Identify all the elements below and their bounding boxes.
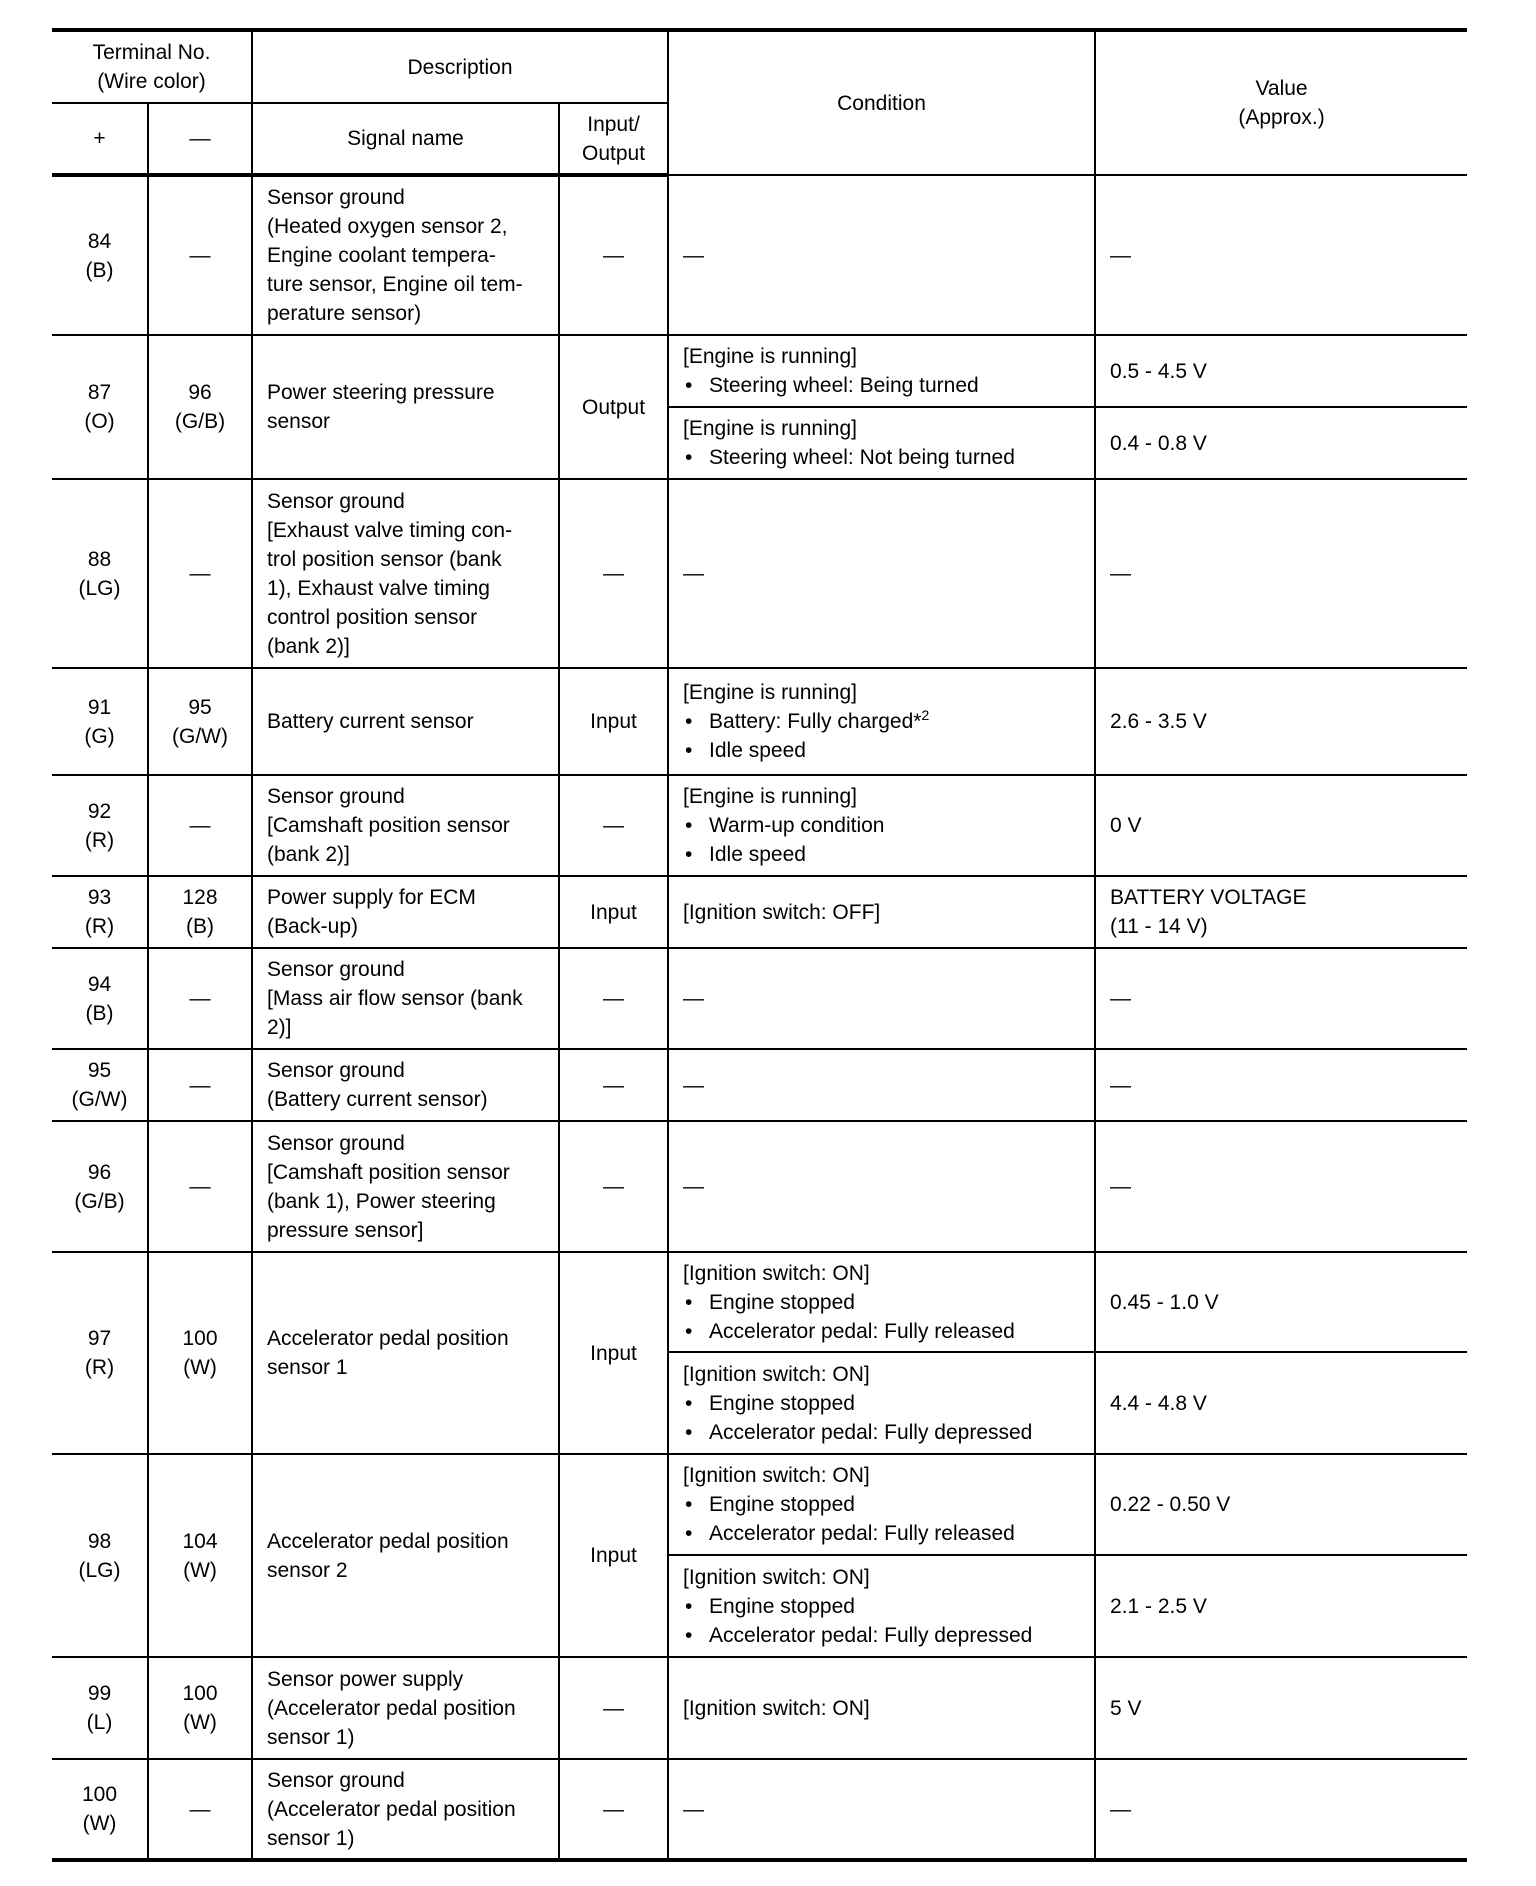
signal-name-line: (Heated oxygen sensor 2,: [267, 212, 544, 241]
signal-name-line: Power steering pressure: [267, 378, 544, 407]
terminal-minus-wire-color: (G/B): [153, 407, 247, 436]
signal-name: Sensor ground(Accelerator pedal position…: [252, 1759, 559, 1860]
value-line: 0.4 - 0.8 V: [1110, 429, 1453, 458]
header-condition: Condition: [668, 30, 1095, 175]
value-line: (11 - 14 V): [1110, 912, 1453, 941]
signal-name-line: Sensor ground: [267, 782, 544, 811]
input-output: —: [559, 1759, 668, 1860]
terminal-minus-wire-color: (B): [153, 912, 247, 941]
condition-header: [Engine is running]: [683, 342, 1080, 371]
terminal-minus: 100(W): [148, 1252, 252, 1454]
condition: [Engine is running]Steering wheel: Not b…: [668, 407, 1095, 479]
terminal-plus: 91(G): [52, 668, 148, 775]
signal-name-line: [Camshaft position sensor: [267, 1158, 544, 1187]
terminal-minus-number: 95: [153, 693, 247, 722]
input-output: —: [559, 1049, 668, 1121]
condition-bullet: Engine stopped: [683, 1389, 1080, 1418]
value-line: —: [1110, 1172, 1453, 1201]
terminal-plus-number: 97: [56, 1324, 143, 1353]
condition-bullet: Engine stopped: [683, 1592, 1080, 1621]
signal-name-line: (bank 1), Power steering: [267, 1187, 544, 1216]
terminal-minus-wire-color: (W): [153, 1708, 247, 1737]
condition-header: [Ignition switch: ON]: [683, 1461, 1080, 1490]
signal-name: Sensor ground[Mass air flow sensor (bank…: [252, 948, 559, 1049]
value: —: [1095, 1121, 1467, 1252]
header-value: Value (Approx.): [1095, 30, 1467, 175]
terminal-minus-wire-color: (G/W): [153, 722, 247, 751]
terminal-plus-wire-color: (R): [56, 826, 143, 855]
terminal-plus-wire-color: (G): [56, 722, 143, 751]
terminal-plus: 87(O): [52, 335, 148, 479]
signal-name-line: ture sensor, Engine oil tem-: [267, 270, 544, 299]
table-row: 88(LG)—Sensor ground[Exhaust valve timin…: [52, 479, 1467, 668]
terminal-minus-number: 100: [153, 1324, 247, 1353]
terminal-minus-number: 96: [153, 378, 247, 407]
terminal-plus-wire-color: (G/W): [56, 1085, 143, 1114]
value-line: —: [1110, 1795, 1453, 1824]
terminal-plus: 100(W): [52, 1759, 148, 1860]
terminal-plus-number: 95: [56, 1056, 143, 1085]
condition: [Ignition switch: OFF]: [668, 876, 1095, 948]
terminal-plus-wire-color: (R): [56, 1353, 143, 1382]
header-io-line1: Input/: [564, 110, 663, 139]
condition-bullet: Accelerator pedal: Fully released: [683, 1317, 1080, 1346]
table-row: 98(LG)104(W)Accelerator pedal positionse…: [52, 1454, 1467, 1555]
signal-name-line: sensor 1): [267, 1723, 544, 1752]
value: 0.22 - 0.50 V: [1095, 1454, 1467, 1555]
terminal-plus-number: 99: [56, 1679, 143, 1708]
terminal-minus-number: —: [153, 241, 247, 270]
terminal-plus-number: 94: [56, 970, 143, 999]
terminal-plus: 84(B): [52, 175, 148, 335]
terminal-plus-wire-color: (LG): [56, 574, 143, 603]
signal-name-line: Engine coolant tempera-: [267, 241, 544, 270]
header-plus: +: [52, 103, 148, 175]
condition-bullet: Idle speed: [683, 840, 1080, 869]
terminal-minus-number: 128: [153, 883, 247, 912]
terminal-plus: 88(LG): [52, 479, 148, 668]
terminal-plus-number: 92: [56, 797, 143, 826]
signal-name-line: (bank 2)]: [267, 632, 544, 661]
table-row: 95(G/W)—Sensor ground(Battery current se…: [52, 1049, 1467, 1121]
table-row: 84(B)—Sensor ground(Heated oxygen sensor…: [52, 175, 1467, 335]
terminal-minus: 104(W): [148, 1454, 252, 1657]
terminal-plus-wire-color: (W): [56, 1809, 143, 1838]
header-io-line2: Output: [564, 139, 663, 168]
condition-header: [Ignition switch: ON]: [683, 1360, 1080, 1389]
condition-header: [Engine is running]: [683, 414, 1080, 443]
condition: [Ignition switch: ON]: [668, 1657, 1095, 1759]
terminal-plus: 99(L): [52, 1657, 148, 1759]
signal-name: Sensor ground[Camshaft position sensor(b…: [252, 1121, 559, 1252]
signal-name-line: Power supply for ECM: [267, 883, 544, 912]
terminal-plus: 96(G/B): [52, 1121, 148, 1252]
table-body: 84(B)—Sensor ground(Heated oxygen sensor…: [52, 175, 1467, 1860]
value: 0.4 - 0.8 V: [1095, 407, 1467, 479]
signal-name-line: pressure sensor]: [267, 1216, 544, 1245]
value-line: 0.5 - 4.5 V: [1110, 357, 1453, 386]
condition-bullet: Battery: Fully charged*2: [683, 707, 1080, 736]
header-description: Description: [252, 30, 668, 103]
terminal-plus-wire-color: (O): [56, 407, 143, 436]
value-line: 2.6 - 3.5 V: [1110, 707, 1453, 736]
signal-name-line: 1), Exhaust valve timing: [267, 574, 544, 603]
terminal-minus-number: 104: [153, 1527, 247, 1556]
terminal-plus: 93(R): [52, 876, 148, 948]
input-output: Input: [559, 1454, 668, 1657]
signal-name-line: (Battery current sensor): [267, 1085, 544, 1114]
value-line: 5 V: [1110, 1694, 1453, 1723]
signal-name: Sensor ground[Exhaust valve timing con-t…: [252, 479, 559, 668]
signal-name-line: Sensor ground: [267, 955, 544, 984]
signal-name-line: Sensor power supply: [267, 1665, 544, 1694]
input-output: —: [559, 948, 668, 1049]
terminal-minus: —: [148, 775, 252, 876]
signal-name-line: Accelerator pedal position: [267, 1527, 544, 1556]
signal-name-line: Battery current sensor: [267, 707, 544, 736]
signal-name-line: perature sensor): [267, 299, 544, 328]
terminal-plus-number: 96: [56, 1158, 143, 1187]
value-line: 0 V: [1110, 811, 1453, 840]
condition-header: [Ignition switch: OFF]: [683, 898, 1080, 927]
terminal-minus-number: —: [153, 559, 247, 588]
table-row: 97(R)100(W)Accelerator pedal positionsen…: [52, 1252, 1467, 1352]
terminal-plus: 97(R): [52, 1252, 148, 1454]
header-input-output: Input/ Output: [559, 103, 668, 175]
signal-name: Sensor ground[Camshaft position sensor(b…: [252, 775, 559, 876]
terminal-minus-wire-color: (W): [153, 1353, 247, 1382]
terminal-plus: 95(G/W): [52, 1049, 148, 1121]
condition-header: —: [683, 241, 1080, 270]
condition: [Engine is running]Steering wheel: Being…: [668, 335, 1095, 407]
input-output: —: [559, 175, 668, 335]
condition: —: [668, 1759, 1095, 1860]
value: 0 V: [1095, 775, 1467, 876]
signal-name-line: Sensor ground: [267, 183, 544, 212]
signal-name-line: Sensor ground: [267, 487, 544, 516]
signal-name-line: sensor 1): [267, 1824, 544, 1853]
terminal-minus-number: —: [153, 1795, 247, 1824]
value: —: [1095, 948, 1467, 1049]
terminal-plus-number: 98: [56, 1527, 143, 1556]
input-output: —: [559, 479, 668, 668]
signal-name: Accelerator pedal positionsensor 2: [252, 1454, 559, 1657]
table-row: 91(G)95(G/W)Battery current sensorInput[…: [52, 668, 1467, 775]
value: —: [1095, 1759, 1467, 1860]
condition-bullet: Accelerator pedal: Fully depressed: [683, 1418, 1080, 1447]
value-line: —: [1110, 559, 1453, 588]
terminal-minus-number: 100: [153, 1679, 247, 1708]
signal-name: Accelerator pedal positionsensor 1: [252, 1252, 559, 1454]
terminal-plus: 92(R): [52, 775, 148, 876]
value: 0.45 - 1.0 V: [1095, 1252, 1467, 1352]
table-row: 94(B)—Sensor ground[Mass air flow sensor…: [52, 948, 1467, 1049]
signal-name-line: control position sensor: [267, 603, 544, 632]
condition: —: [668, 948, 1095, 1049]
value: 4.4 - 4.8 V: [1095, 1352, 1467, 1454]
condition-header: —: [683, 1071, 1080, 1100]
header-terminal-no: Terminal No. (Wire color): [52, 30, 252, 103]
condition-header: [Ignition switch: ON]: [683, 1563, 1080, 1592]
value: —: [1095, 175, 1467, 335]
terminal-plus-number: 91: [56, 693, 143, 722]
terminal-minus: —: [148, 1759, 252, 1860]
signal-name-line: (bank 2)]: [267, 840, 544, 869]
value: 2.1 - 2.5 V: [1095, 1555, 1467, 1657]
condition-bullet: Steering wheel: Not being turned: [683, 443, 1080, 472]
terminal-plus-wire-color: (L): [56, 1708, 143, 1737]
terminal-plus-wire-color: (B): [56, 999, 143, 1028]
value: BATTERY VOLTAGE(11 - 14 V): [1095, 876, 1467, 948]
signal-name: Sensor ground(Heated oxygen sensor 2,Eng…: [252, 175, 559, 335]
signal-name: Power supply for ECM(Back-up): [252, 876, 559, 948]
value-line: —: [1110, 241, 1453, 270]
signal-name-line: Sensor ground: [267, 1766, 544, 1795]
terminal-minus: —: [148, 1121, 252, 1252]
signal-name-line: [Exhaust valve timing con-: [267, 516, 544, 545]
signal-name: Battery current sensor: [252, 668, 559, 775]
condition: [Engine is running]Battery: Fully charge…: [668, 668, 1095, 775]
signal-name-line: 2)]: [267, 1013, 544, 1042]
terminal-plus-wire-color: (R): [56, 912, 143, 941]
condition-header: [Engine is running]: [683, 782, 1080, 811]
table-row: 92(R)—Sensor ground[Camshaft position se…: [52, 775, 1467, 876]
signal-name-line: Sensor ground: [267, 1056, 544, 1085]
terminal-minus-number: —: [153, 1172, 247, 1201]
signal-name-line: (Back-up): [267, 912, 544, 941]
signal-name-line: (Accelerator pedal position: [267, 1694, 544, 1723]
condition-header: [Ignition switch: ON]: [683, 1259, 1080, 1288]
value-line: 2.1 - 2.5 V: [1110, 1592, 1453, 1621]
terminal-minus-wire-color: (W): [153, 1556, 247, 1585]
header-wire-color-label: (Wire color): [56, 67, 247, 96]
terminal-plus-number: 88: [56, 545, 143, 574]
terminal-plus: 98(LG): [52, 1454, 148, 1657]
value-line: 0.45 - 1.0 V: [1110, 1288, 1453, 1317]
condition-header: [Engine is running]: [683, 678, 1080, 707]
input-output: Input: [559, 668, 668, 775]
signal-name: Power steering pressuresensor: [252, 335, 559, 479]
terminal-minus: —: [148, 948, 252, 1049]
header-signal-name: Signal name: [252, 103, 559, 175]
terminal-plus-number: 100: [56, 1780, 143, 1809]
header-minus: —: [148, 103, 252, 175]
condition-header: —: [683, 559, 1080, 588]
input-output: —: [559, 1657, 668, 1759]
input-output: Input: [559, 1252, 668, 1454]
terminal-minus-number: —: [153, 811, 247, 840]
terminal-minus: —: [148, 1049, 252, 1121]
signal-name-line: Sensor ground: [267, 1129, 544, 1158]
terminal-plus-number: 84: [56, 227, 143, 256]
condition-bullet: Engine stopped: [683, 1288, 1080, 1317]
header-value-approx: (Approx.): [1100, 103, 1463, 132]
input-output: —: [559, 1121, 668, 1252]
terminal-minus: 100(W): [148, 1657, 252, 1759]
signal-name-line: trol position sensor (bank: [267, 545, 544, 574]
signal-name-line: (Accelerator pedal position: [267, 1795, 544, 1824]
condition-bullet: Accelerator pedal: Fully released: [683, 1519, 1080, 1548]
header-value-label: Value: [1100, 74, 1463, 103]
terminal-minus: —: [148, 479, 252, 668]
signal-name-line: [Camshaft position sensor: [267, 811, 544, 840]
terminal-plus-number: 93: [56, 883, 143, 912]
terminal-plus-wire-color: (B): [56, 256, 143, 285]
terminal-minus: 95(G/W): [148, 668, 252, 775]
condition: [Ignition switch: ON]Engine stoppedAccel…: [668, 1555, 1095, 1657]
condition: [Engine is running]Warm-up conditionIdle…: [668, 775, 1095, 876]
terminal-minus-number: —: [153, 1071, 247, 1100]
ecm-terminal-table: Terminal No. (Wire color) Description Co…: [52, 28, 1467, 1862]
terminal-plus-wire-color: (G/B): [56, 1187, 143, 1216]
signal-name: Sensor power supply(Accelerator pedal po…: [252, 1657, 559, 1759]
value-line: —: [1110, 1071, 1453, 1100]
condition-header: [Ignition switch: ON]: [683, 1694, 1080, 1723]
table-row: 100(W)—Sensor ground(Accelerator pedal p…: [52, 1759, 1467, 1860]
value-line: —: [1110, 984, 1453, 1013]
condition-header: —: [683, 1172, 1080, 1201]
terminal-plus-number: 87: [56, 378, 143, 407]
signal-name-line: sensor 1: [267, 1353, 544, 1382]
table-row: 96(G/B)—Sensor ground[Camshaft position …: [52, 1121, 1467, 1252]
value: 2.6 - 3.5 V: [1095, 668, 1467, 775]
condition-header: —: [683, 984, 1080, 1013]
value: 0.5 - 4.5 V: [1095, 335, 1467, 407]
value: 5 V: [1095, 1657, 1467, 1759]
condition: —: [668, 1049, 1095, 1121]
condition: [Ignition switch: ON]Engine stoppedAccel…: [668, 1454, 1095, 1555]
terminal-plus: 94(B): [52, 948, 148, 1049]
condition: —: [668, 479, 1095, 668]
condition-bullet: Idle speed: [683, 736, 1080, 765]
input-output: Output: [559, 335, 668, 479]
signal-name-line: sensor: [267, 407, 544, 436]
signal-name-line: Accelerator pedal position: [267, 1324, 544, 1353]
value-line: 4.4 - 4.8 V: [1110, 1389, 1453, 1418]
condition: —: [668, 175, 1095, 335]
signal-name-line: [Mass air flow sensor (bank: [267, 984, 544, 1013]
condition-bullet: Engine stopped: [683, 1490, 1080, 1519]
condition: [Ignition switch: ON]Engine stoppedAccel…: [668, 1352, 1095, 1454]
table-row: 87(O)96(G/B)Power steering pressuresenso…: [52, 335, 1467, 407]
table-row: 93(R)128(B)Power supply for ECM(Back-up)…: [52, 876, 1467, 948]
terminal-minus: —: [148, 175, 252, 335]
condition: [Ignition switch: ON]Engine stoppedAccel…: [668, 1252, 1095, 1352]
terminal-minus: 96(G/B): [148, 335, 252, 479]
input-output: Input: [559, 876, 668, 948]
signal-name-line: sensor 2: [267, 1556, 544, 1585]
condition-header: —: [683, 1795, 1080, 1824]
signal-name: Sensor ground(Battery current sensor): [252, 1049, 559, 1121]
value: —: [1095, 479, 1467, 668]
condition-bullet: Steering wheel: Being turned: [683, 371, 1080, 400]
value-line: 0.22 - 0.50 V: [1110, 1490, 1453, 1519]
terminal-minus-number: —: [153, 984, 247, 1013]
terminal-minus: 128(B): [148, 876, 252, 948]
condition-bullet: Accelerator pedal: Fully depressed: [683, 1621, 1080, 1650]
table-row: 99(L)100(W)Sensor power supply(Accelerat…: [52, 1657, 1467, 1759]
input-output: —: [559, 775, 668, 876]
value: —: [1095, 1049, 1467, 1121]
condition: —: [668, 1121, 1095, 1252]
value-line: BATTERY VOLTAGE: [1110, 883, 1453, 912]
condition-bullet: Warm-up condition: [683, 811, 1080, 840]
header-terminal-no-label: Terminal No.: [56, 38, 247, 67]
terminal-plus-wire-color: (LG): [56, 1556, 143, 1585]
